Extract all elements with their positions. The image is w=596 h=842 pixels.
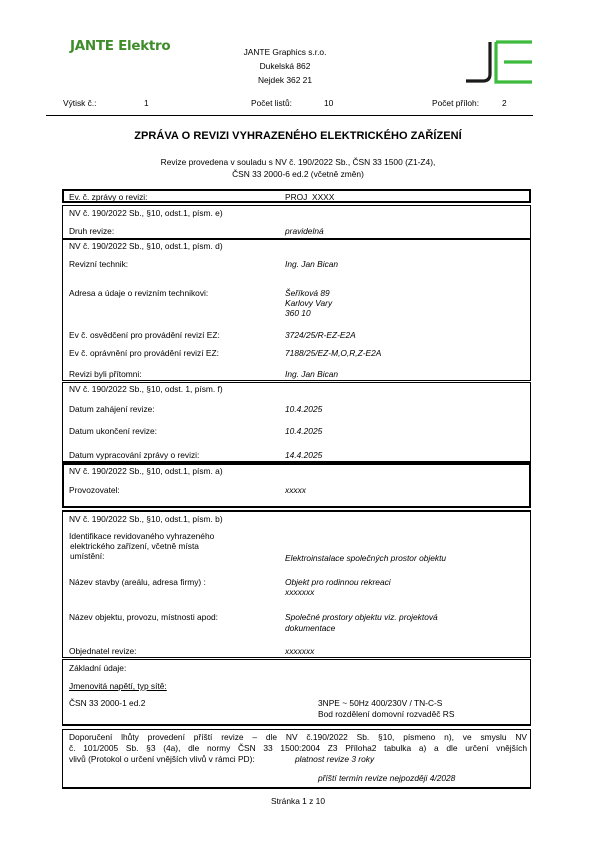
- header-divider: [46, 115, 533, 116]
- next-revision-text-line: Doporučení lhůty provedení příští revize…: [69, 732, 527, 743]
- identification-label: Identifikace revidovaného vyhrazeného el…: [69, 531, 214, 561]
- attachments-value: 2: [502, 98, 507, 108]
- identification-value: Elektroinstalace společných prostor obje…: [285, 553, 446, 563]
- section-heading: NV č. 190/2022 Sb., §10, odst.1, písm. d…: [69, 241, 223, 251]
- next-revision-text-line: č. 101/2005 Sb. §3 (4a), dle normy ČSN 3…: [69, 743, 527, 754]
- copy-label: Výtisk č.:: [63, 98, 97, 108]
- validity-value: platnost revize 3 roky: [295, 754, 374, 764]
- section-heading: NV č. 190/2022 Sb., §10, odst. 1, písm. …: [69, 384, 223, 394]
- sheets-label: Počet listů:: [251, 98, 292, 108]
- authorization-value: 7188/25/EZ-M,O,R,Z-E2A: [285, 348, 381, 358]
- identification-label-line: umístění:: [69, 551, 214, 561]
- next-revision-date: příští termín revize nejpozději 4/2028: [318, 773, 455, 783]
- company-address: JANTE Graphics s.r.o. Dukelská 862 Nejde…: [220, 45, 350, 87]
- company-city: Nejdek 362 21: [220, 73, 350, 87]
- end-date-label: Datum ukončení revize:: [69, 426, 157, 436]
- document-title: ZPRÁVA O REVIZI VYHRAZENÉHO ELEKTRICKÉHO…: [60, 130, 536, 142]
- building-value-line: Objekt pro rodinnou rekreaci: [285, 577, 391, 587]
- revision-type-value: pravidelná: [285, 226, 324, 236]
- report-number-value: PROJ_XXXX: [285, 192, 334, 202]
- brand-name: JANTE Elektro: [70, 38, 170, 54]
- authorization-label: Ev č. oprávnění pro provádění revizí EZ:: [69, 348, 219, 358]
- basic-data-heading: Základní údaje:: [69, 663, 126, 673]
- present-value: Ing. Jan Bican: [285, 369, 338, 379]
- voltage-label: Jmenovitá napětí, typ sítě:: [69, 681, 167, 691]
- section-heading: NV č. 190/2022 Sb., §10, odst.1, písm. e…: [69, 208, 223, 218]
- technician-address-line: Šeříková 89: [285, 288, 330, 298]
- start-date-label: Datum zahájení revize:: [69, 404, 155, 414]
- identification-label-line: Identifikace revidovaného vyhrazeného: [69, 531, 214, 541]
- operator-label: Provozovatel:: [69, 485, 120, 495]
- report-number-label: Ev. č. zprávy o revizi:: [69, 192, 148, 202]
- dates-box: NV č. 190/2022 Sb., §10, odst. 1, písm. …: [62, 382, 531, 463]
- building-label: Název stavby (areálu, adresa firmy) :: [69, 577, 206, 587]
- certificate-value: 3724/25/R-EZ-E2A: [285, 330, 356, 340]
- technician-address-line: Karlovy Vary: [285, 298, 332, 308]
- network-value-line: Bod rozdělení domovní rozvaděč RS: [318, 709, 454, 719]
- copy-value: 1: [144, 98, 149, 108]
- revision-type-label: Druh revize:: [69, 226, 114, 236]
- object-name-label: Název objektu, provozu, místnosti apod:: [69, 612, 218, 622]
- identification-label-line: elektrického zařízení, včetně místa: [69, 541, 214, 551]
- basic-data-box: Základní údaje: Jmenovitá napětí, typ sí…: [62, 659, 531, 726]
- network-value-line: 3NPE ~ 50Hz 400/230V / TN-C-S: [318, 698, 442, 708]
- company-name: JANTE Graphics s.r.o.: [220, 45, 350, 59]
- subtitle-line: ČSN 33 2000-6 ed.2 (včetně změn): [60, 168, 536, 180]
- report-date-label: Datum vypracování zprávy o revizi:: [69, 450, 199, 460]
- present-label: Revizi byli přítomni:: [69, 369, 142, 379]
- client-value: xxxxxxx: [285, 646, 314, 656]
- section-heading: NV č. 190/2022 Sb., §10, odst.1, písm. a…: [69, 466, 223, 476]
- technician-address-label: Adresa a údaje o revizním technikovi:: [69, 288, 208, 298]
- operator-box: NV č. 190/2022 Sb., §10, odst.1, písm. a…: [62, 463, 531, 508]
- technician-address-line: 360 10: [285, 308, 311, 318]
- sheets-value: 10: [324, 98, 333, 108]
- revision-type-box: NV č. 190/2022 Sb., §10, odst.1, písm. e…: [62, 205, 531, 239]
- building-value-line: xxxxxxx: [285, 587, 314, 597]
- start-date-value: 10.4.2025: [285, 404, 322, 414]
- next-revision-box: Doporučení lhůty provedení příští revize…: [62, 729, 531, 789]
- subtitle-line: Revize provedena v souladu s NV č. 190/2…: [60, 156, 536, 168]
- object-name-value-line: Společné prostory objektu viz. projektov…: [285, 612, 438, 622]
- end-date-value: 10.4.2025: [285, 426, 322, 436]
- technician-value: Ing. Jan Bican: [285, 259, 338, 269]
- page-number: Stránka 1 z 10: [0, 796, 596, 806]
- attachments-label: Počet příloh:: [432, 98, 479, 108]
- jb-logo-icon: [466, 40, 532, 84]
- copy-number: Výtisk č.:: [63, 98, 97, 108]
- technician-label: Revizní technik:: [69, 259, 128, 269]
- report-number-box: Ev. č. zprávy o revizi: PROJ_XXXX: [62, 189, 531, 203]
- technician-box: NV č. 190/2022 Sb., §10, odst.1, písm. d…: [62, 239, 531, 381]
- certificate-label: Ev č. osvědčení pro provádění revizí EZ:: [69, 330, 220, 340]
- operator-value: xxxxx: [285, 485, 306, 495]
- client-label: Objednatel revize:: [69, 646, 137, 656]
- company-street: Dukelská 862: [220, 59, 350, 73]
- section-heading: NV č. 190/2022 Sb., §10, odst.1, písm. b…: [69, 514, 223, 524]
- object-name-value-line: dokumentace: [285, 623, 335, 633]
- object-box: NV č. 190/2022 Sb., §10, odst.1, písm. b…: [62, 510, 531, 658]
- document-subtitle: Revize provedena v souladu s NV č. 190/2…: [60, 156, 536, 180]
- standard-value: ČSN 33 2000-1 ed.2: [69, 698, 145, 708]
- report-date-value: 14.4.2025: [285, 450, 322, 460]
